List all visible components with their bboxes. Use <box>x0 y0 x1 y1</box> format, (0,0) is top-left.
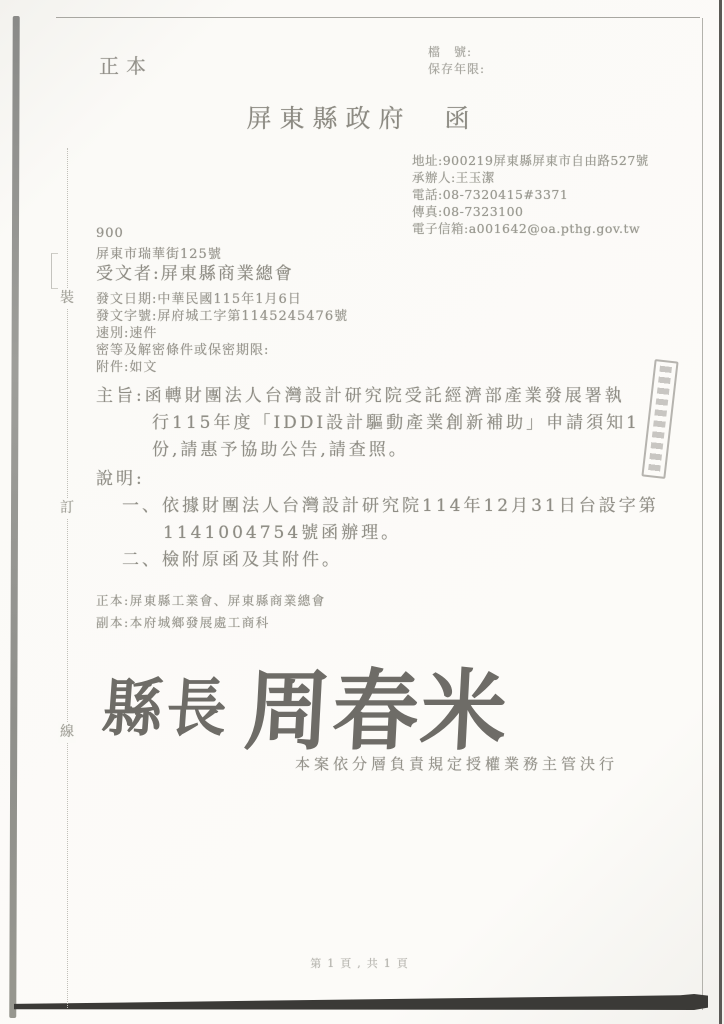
registration-stamp <box>641 359 678 479</box>
explanation-item-1-line-2: 1141004754號函辦理。 <box>163 518 401 543</box>
document-meta-block: 發文日期:中華民國115年1月6日 發文字號:屏府城工字第1145245476號… <box>96 291 348 376</box>
scan-edge-right <box>719 0 722 1024</box>
page-number-footer: 第1頁,共1頁 <box>0 955 724 971</box>
issue-number: 發文字號:屏府城工字第1145245476號 <box>96 308 348 325</box>
subject-line-2: 行115年度「IDDI設計驅動產業創新補助」申請須知1 <box>152 408 640 433</box>
subject-line-3: 份,請惠予協助公告,請查照。 <box>152 435 409 460</box>
copy-type-label: 正本 <box>99 50 153 79</box>
scan-edge-left <box>9 16 19 1018</box>
subject-row: 主旨:函轉財團法人台灣設計研究院受託經濟部產業發展署執 <box>96 381 625 406</box>
retention-period-label: 保存年限: <box>428 61 485 78</box>
binding-mark-ding: 訂 <box>58 498 76 519</box>
sender-contact-person: 承辦人:王玉潔 <box>412 169 649 186</box>
scan-edge-bottom <box>14 994 708 1010</box>
explanation-item-1-number: 一、 <box>122 496 162 516</box>
cc-copy-recipients: 副本:本府城鄉發展處工商科 <box>96 613 270 631</box>
archive-block: 檔 號: 保存年限: <box>428 44 485 78</box>
issue-date: 發文日期:中華民國115年1月6日 <box>96 291 348 308</box>
explanation-label: 說明: <box>96 464 145 489</box>
security-class: 密等及解密條件或保密期限: <box>96 342 348 359</box>
explanation-item-2: 二、檢附原函及其附件。 <box>122 545 342 570</box>
scan-edge-top <box>56 17 700 18</box>
subject-line-1: 函轉財團法人台灣設計研究院受託經濟部產業發展署執 <box>145 386 625 406</box>
signature-name: 周春米 <box>242 641 513 767</box>
explanation-item-2-number: 二、 <box>122 550 162 570</box>
page-fold-line <box>702 18 703 1010</box>
sender-phone: 電話:08-7320415#3371 <box>412 186 649 203</box>
scanned-official-letter: 裝 訂 線 正本 檔 號: 保存年限: 屏東縣政府 函 地址:900219屏東縣… <box>0 0 724 1024</box>
binding-mark-zhuang: 裝 <box>58 288 76 309</box>
attachment-note: 附件:如文 <box>96 359 348 376</box>
speed-class: 速別:速件 <box>96 325 348 342</box>
document-title: 屏東縣政府 函 <box>0 99 724 135</box>
sender-email: 電子信箱:a001642@oa.pthg.gov.tw <box>412 220 649 237</box>
explanation-item-1-line-1: 依據財團法人台灣設計研究院114年12月31日台設字第 <box>162 496 659 516</box>
recipient-postal-code: 900 <box>96 226 124 241</box>
explanation-item-1: 一、依據財團法人台灣設計研究院114年12月31日台設字第 <box>122 491 659 516</box>
signature-title: 縣長 <box>100 659 234 749</box>
original-copy-recipients: 正本:屏東縣工業會、屏東縣商業總會 <box>96 591 326 609</box>
file-number-label: 檔 號: <box>428 44 485 61</box>
sender-fax: 傳真:08-7323100 <box>412 203 649 220</box>
recipient-line: 受文者:屏東縣商業總會 <box>96 259 294 284</box>
subject-label: 主旨: <box>96 386 145 406</box>
magistrate-signature: 縣長 周春米 <box>103 642 509 766</box>
delegation-decision-note: 本案依分層負責規定授權業務主管決行 <box>295 753 618 774</box>
binding-dotted-line <box>67 148 68 1010</box>
sender-contact-block: 地址:900219屏東縣屏東市自由路527號 承辦人:王玉潔 電話:08-732… <box>412 152 649 237</box>
sender-address: 地址:900219屏東縣屏東市自由路527號 <box>412 152 649 169</box>
binding-mark-xian: 線 <box>58 722 76 743</box>
explanation-item-2-line-1: 檢附原函及其附件。 <box>162 550 342 570</box>
fold-bracket-mark <box>51 253 58 289</box>
registration-stamp-text-blur <box>648 366 672 473</box>
